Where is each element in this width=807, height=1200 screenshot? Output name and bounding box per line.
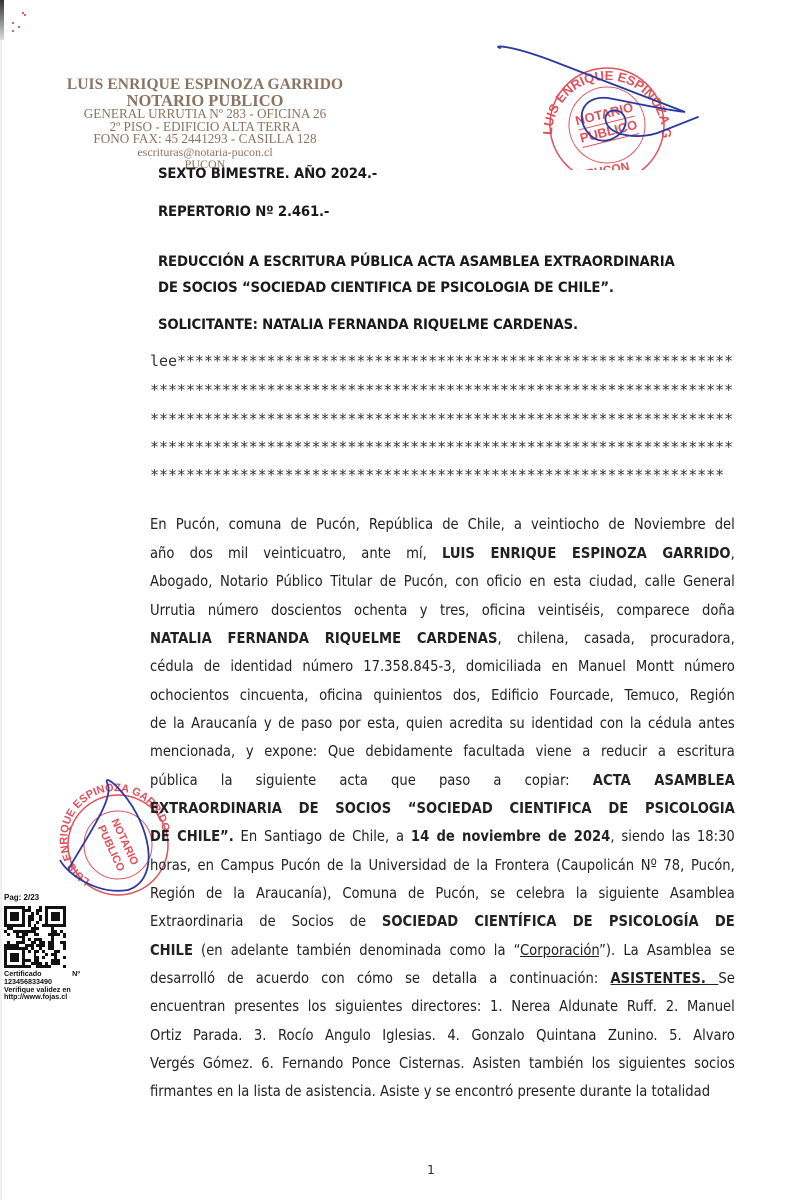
scan-specks [10,8,30,33]
solicitante-heading: SOLICITANTE: NATALIA FERNANDA RIQUELME C… [158,317,578,333]
notary-email: escrituras@notaria-pucon.cl [40,146,370,158]
body-line: ochocientos cincuenta, oficina quiniento… [150,685,735,705]
filler-line-3: ****************************************… [150,410,733,428]
title-line-2: DE SOCIOS “SOCIEDAD CIENTIFICA DE PSICOL… [158,280,614,296]
body-line: cédula de identidad número 17.358.845-3,… [150,656,735,676]
filler-line-5: ****************************************… [150,466,724,484]
qr-code-icon [4,906,66,968]
body-line: Extraordinaria de Socios de SOCIEDAD CIE… [150,911,735,931]
body-line: pública la siguiente acta que paso a cop… [150,770,735,790]
body-line: horas, en Campus Pucón de la Universidad… [150,855,735,875]
body-line: DE CHILE”. En Santiago de Chile, a 14 de… [150,826,735,846]
certificate-number-label: Nº [72,970,80,978]
body-line: Urrutia número doscientos ochenta y tres… [150,600,735,620]
filler-line-2: ****************************************… [150,381,733,399]
notary-phone: FONO FAX: 45 2441293 - CASILLA 128 [40,133,370,146]
body-line: NATALIA FERNANDA RIQUELME CARDENAS, chil… [150,628,735,648]
body-line: mencionada, y expone: Que debidamente fa… [150,741,735,761]
body-line: desarrolló de acuerdo con cómo se detall… [150,968,735,988]
notary-letterhead: LUIS ENRIQUE ESPINOZA GARRIDO NOTARIO PU… [40,77,370,170]
filler-line-1: lee*************************************… [150,352,733,370]
body-line: EXTRAORDINARIA DE SOCIOS “SOCIEDAD CIENT… [150,798,735,818]
body-line: Abogado, Notario Público Titular de Pucó… [150,571,735,591]
body-line: En Pucón, comuna de Pucón, República de … [150,514,735,534]
filler-line-4: ****************************************… [150,438,733,456]
period-heading: SEXTO BIMESTRE. AÑO 2024.- [158,166,377,182]
certificate-url[interactable]: http://www.fojas.cl [4,993,94,1001]
notary-stamp-top: LUIS ENRIQUE ESPINOZA GARRIDO NOTARIO PU… [490,40,730,170]
stamp-pucon: PUCON [585,159,630,170]
certificate-page: Pag: 2/23 [4,893,94,902]
scan-edge [0,0,4,40]
body-line: encuentran presentes los siguientes dire… [150,996,735,1016]
scan-edge-line [0,40,2,1200]
body-line: Vergés Gómez. 6. Fernando Ponce Cisterna… [150,1053,735,1073]
body-line: Ortiz Parada. 3. Rocío Angulo Iglesias. … [150,1025,735,1045]
certificate-block: Pag: 2/23 CertificadoNº 123456833490 Ver… [4,893,94,1001]
title-line-1: REDUCCIÓN A ESCRITURA PÚBLICA ACTA ASAMB… [158,254,675,270]
body-line: CHILE (en adelante también denominada co… [150,940,735,960]
page-number: 1 [427,1162,435,1177]
repertorio-heading: REPERTORIO Nº 2.461.- [158,204,329,220]
body-line: Región de la Araucanía), Comuna de Pucón… [150,883,735,903]
body-line: año dos mil veinticuatro, ante mí, LUIS … [150,543,735,563]
body-line: de la Araucanía y de paso por esta, quie… [150,713,735,733]
body-line: firmantes en la lista de asistencia. Asi… [150,1081,735,1101]
